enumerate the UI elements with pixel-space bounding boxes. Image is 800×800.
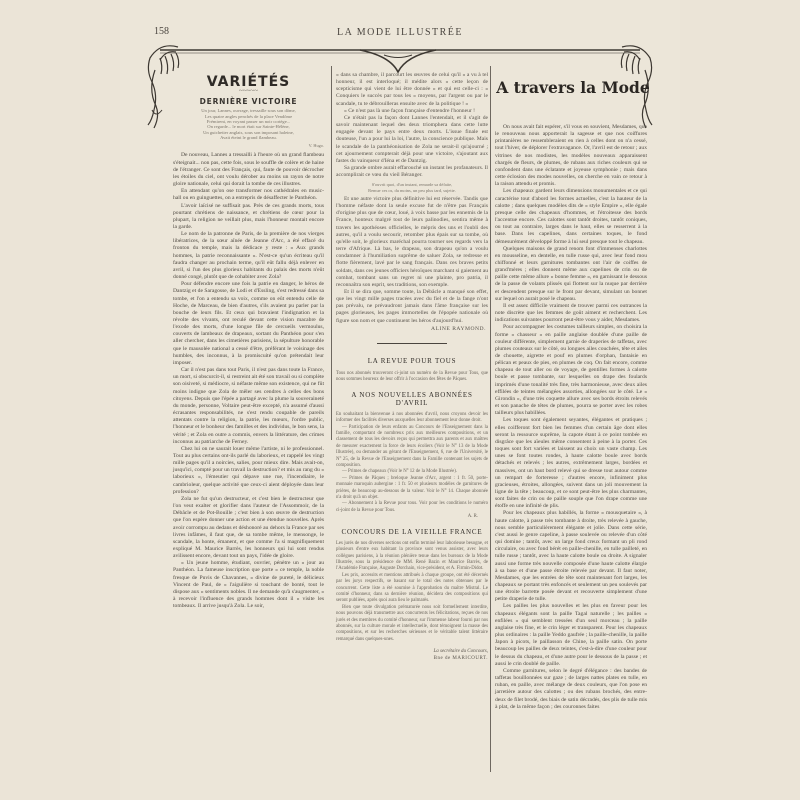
paragraph: Pour accompagner les costumes tailleurs …: [495, 324, 647, 417]
verse-line: Remue ces os, du moins, un peu plus tard…: [336, 188, 488, 193]
paragraph: Les jurés de nos diverses sections ont e…: [336, 541, 488, 573]
column-divider-left: [331, 66, 332, 440]
paragraph: Bien que toute divulgation prématurée no…: [336, 605, 488, 643]
paragraph: En attendant qu'on ose transformer nos c…: [173, 188, 324, 202]
publication-title: LA MODE ILLUSTRÉE: [0, 27, 800, 38]
paragraph: Chez lui on ne saurait louer même l'arti…: [173, 446, 324, 496]
paragraph: Pour défendre encore une fois la patrie …: [173, 281, 324, 367]
secretary-name: Bne de MARICOURT.: [336, 655, 488, 662]
paragraph: « Ce n'est pas là une façon française d'…: [336, 108, 488, 115]
paragraph: Tous nos abonnés trouveront ci-joint un …: [336, 371, 488, 384]
section-title-a-travers-la-mode: A travers la Mode: [493, 78, 653, 97]
article-subtitle: DERNIÈRE VICTOIRE: [173, 98, 324, 105]
column-divider-right: [490, 66, 491, 772]
paragraph: On nous avait fait espérer, s'il vous en…: [495, 124, 647, 188]
paragraph: — Participation de leurs enfants au Conc…: [336, 425, 488, 470]
paragraph: Sa grande ombre aurait effarouché un ins…: [336, 165, 488, 179]
paragraph: — Abonnement à la Revue pour tous. Voir …: [336, 501, 488, 514]
paragraph: Comme garnitures, selon le degré d'éléga…: [495, 668, 647, 711]
abonnees-notice: En souhaitant la bienvenue à nos abonnée…: [336, 412, 488, 521]
column-middle: « dans sa chambre, il parcourt les œuvre…: [336, 72, 488, 663]
secretary-label: La secrétaire du Concours,: [336, 648, 488, 655]
paragraph: Et il se dira que, somme toute, la Débâc…: [336, 289, 488, 325]
initials: A. R.: [336, 514, 478, 520]
paragraph: Les chapeaux gardent leurs dimensions mo…: [495, 188, 647, 245]
paragraph: Ce n'était pas la façon dont Lannes l'en…: [336, 115, 488, 165]
paragraph: Le nom de la patronne de Paris, de la pr…: [173, 231, 324, 281]
paragraph: Les prix, accessits et mentions attribué…: [336, 573, 488, 605]
paragraph: « Un jeune homme, étudiant, ouvrier, pén…: [173, 560, 324, 610]
paragraph: L'avoir laïcisé ne suffisait pas. Près d…: [173, 203, 324, 232]
section-title-varietes: VARIÉTÉS: [173, 79, 324, 86]
revue-notice: Tous nos abonnés trouveront ci-joint un …: [336, 371, 488, 384]
paragraph: « dans sa chambre, il parcourt les œuvre…: [336, 72, 488, 108]
author-signature: ALINE RAYMOND.: [336, 326, 486, 333]
paragraph: — Primes de Pâques ; breloque Jeanne d'A…: [336, 476, 488, 502]
title-swash: ~~~~~: [173, 88, 324, 95]
epigraph-poem: Un jour, Lannes, ouvrage, tressaille sou…: [173, 108, 324, 140]
paragraph: Pour les chapeaux plus habillés, la form…: [495, 510, 647, 603]
column-a-travers-la-mode: On nous avait fait espérer, s'il vous en…: [495, 124, 647, 711]
heading-revue-pour-tous: LA REVUE POUR TOUS: [336, 358, 488, 365]
poem-author: V. Hugo.: [173, 142, 324, 149]
section-divider: [377, 343, 447, 345]
paragraph: En souhaitant la bienvenue à nos abonnée…: [336, 412, 488, 425]
paragraph: Il est assez difficile vraiment de trouv…: [495, 303, 647, 324]
paragraph: Les toques sont également seyantes, élég…: [495, 417, 647, 510]
paragraph: De nouveau, Lannes a tressailli à l'heur…: [173, 152, 324, 188]
paragraph: Zola ne fut qu'un destructeur, et c'est …: [173, 496, 324, 560]
poem-line: Avait éteint le grand flambeau.: [173, 135, 324, 140]
column-varietes: VARIÉTÉS ~~~~~ DERNIÈRE VICTOIRE Un jour…: [173, 75, 324, 610]
concours-notice: Les jurés de nos diverses sections ont e…: [336, 541, 488, 644]
heading-concours-vieille-france: CONCOURS DE LA VIEILLE FRANCE: [336, 529, 488, 536]
paragraph: Les pailles les plus nouvelles et les pl…: [495, 603, 647, 667]
quoted-verse: S'ouvrit quoi, d'un instant, remarde sa …: [336, 182, 488, 193]
paragraph: Et une autre victoire plus définitive lu…: [336, 196, 488, 289]
paragraph: Car il n'est pas dans tout Paris, il n'e…: [173, 367, 324, 446]
paragraph: Quelques maisons de grand renom font d'i…: [495, 246, 647, 303]
heading-nouvelles-abonnees: A NOS NOUVELLES ABONNÉES D'AVRIL: [336, 392, 488, 406]
